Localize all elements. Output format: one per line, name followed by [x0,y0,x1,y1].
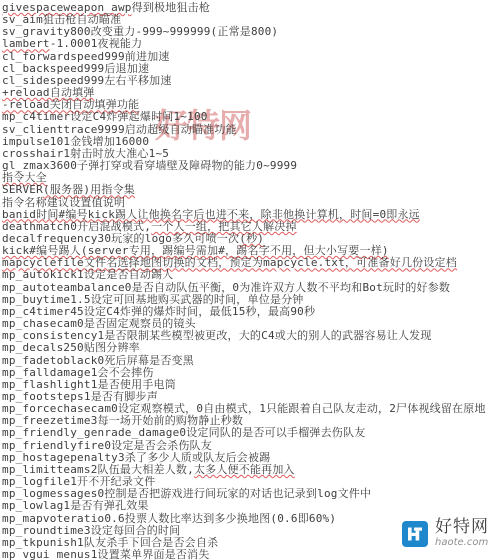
line-text: mp_roundtime3设定每回合的时间 [2,524,180,537]
line-text: mp_buytime1.5设定可回基地购买武器的时间，单位是分钟 [2,293,304,306]
line-text: 指令名称建议设置值说明 [2,196,125,209]
line-text: 得到极地狙击枪 [132,1,210,14]
command-lines: givespaceweapon_awp得到极地狙击枪sv_aim狙击枪自动瞄准s… [2,2,500,560]
line-text: mp_tkpunish1队友杀手下回合是否会自杀 [2,536,218,549]
line-text: mp_hostagepenalty3杀了多少人质或队友后会被踢 [2,451,270,464]
misspelled-text: 太多人便不能再加入 [194,463,295,476]
misspelled-text: lambert [2,37,50,50]
line-text: mp_limitteams2队伍最大相差人数, [2,463,194,476]
stylized-h-icon [405,524,425,544]
line-text: mp_friendly_genrade_damage0设定同队的是否可以手榴弹去… [2,426,365,439]
line-text: cl_forwardspeed999前进加速 [2,50,170,63]
misspelled-text: (服务器)用指令集 [43,183,135,196]
misspelled-text: banid时间#编号kick踢人让他换名字后也进不来，除非他换计算机，时间=0即… [2,208,420,221]
haote-logo-icon [402,521,428,547]
line-text: mp_autokick1设定是否自动踢人 [2,268,173,281]
line-text: mp_vgui_menus1设置菜单界面是否消失 [2,548,210,560]
line-text: mp_fadetoblack0死后屏幕是否变黑 [2,354,194,367]
line-text: mp_falldamage1会不会摔伤 [2,366,154,379]
line-text: deathmatch0开启混战模式, [2,220,151,233]
line-text: mp_c4timer设定C4炸弹起爆时间1~100 [2,110,208,123]
line-text: cl_backspeed999后退加速 [2,62,149,75]
line-text: sv_clienttrace9999启动超级自动瞄准功能 [2,123,237,136]
line-text: SERVER [2,183,43,196]
line-text: mp_c4timer45设定C4炸弹的爆炸时间，最低15秒，最高90秒 [2,305,315,318]
haote-logo-text: 好特网 haote.com [435,519,489,548]
haote-logo: 好特网 haote.com [402,519,489,548]
line-text: cl_sidespeed999左右平移加速 [2,74,172,87]
site-domain: haote.com [435,538,489,548]
line-text: mp_decals250贴图分辨率 [2,341,140,354]
line-text: mp_autoteambalance0是否自动队伍平衡，0为准许双方人数不平均和… [2,281,450,294]
misspelled-text: 一个人一组，把其它人解决掉 [151,220,297,233]
line-text: mp_flashlight1是否使用手电筒 [2,378,176,391]
line-text: mp_mapvoteratio0.6投票人数比率达到多少换地图(0.6即60%) [2,512,336,525]
line-text: crosshair1射击时放大准心1~5 [2,147,169,160]
line-text: impulse101金钱增加16000 [2,135,149,148]
line-text: mp_friendlyfire0设定是否会杀伤队友 [2,439,212,452]
line-text: -1.0001夜视能力 [50,37,143,50]
line-text: mp_lowlag1是否有弹孔效果 [2,499,149,512]
command-line: gl_zmax3600子弹打穿或看穿墙壁及障碍物的能力0~9999 [2,160,500,172]
site-name: 好特网 [435,519,489,536]
command-line: mp_vgui_menus1设置菜单界面是否消失 [2,549,500,560]
